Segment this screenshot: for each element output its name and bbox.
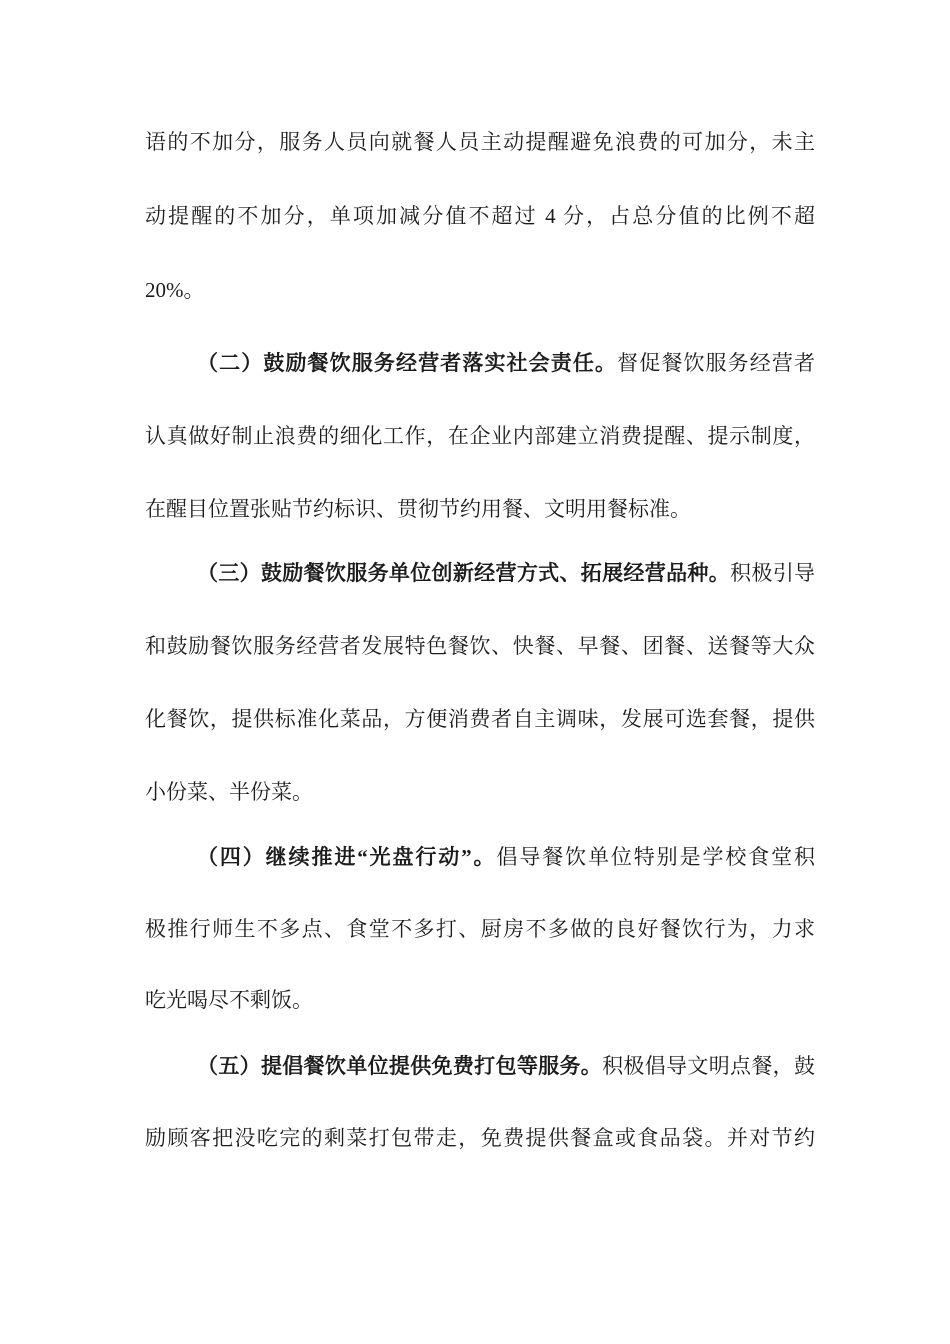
body-run: 20%。 [145, 278, 205, 302]
subheading-run: （三）鼓励餐饮服务单位创新经营方式、拓展经营品种。 [197, 561, 730, 585]
body-run: 和鼓励餐饮服务经营者发展特色餐饮、快餐、早餐、团餐、送餐等大众 [145, 634, 815, 658]
body-run: 积极倡导文明点餐，鼓 [602, 1054, 815, 1078]
text-line-11: （四）继续推进“光盘行动”。倡导餐饮单位特别是学校食堂积 [145, 840, 815, 874]
document-page: 语的不加分，服务人员向就餐人员主动提醒避免浪费的可加分，未主动提醒的不加分，单项… [0, 0, 950, 1344]
text-line-8: 和鼓励餐饮服务经营者发展特色餐饮、快餐、早餐、团餐、送餐等大众 [145, 629, 815, 663]
text-line-2: 动提醒的不加分，单项加减分值不超过 4 分，占总分值的比例不超 [145, 199, 815, 233]
text-line-4: （二）鼓励餐饮服务经营者落实社会责任。督促餐饮服务经营者 [145, 346, 815, 380]
body-run: 督促餐饮服务经营者 [617, 351, 815, 375]
text-line-10: 小份菜、半份菜。 [145, 775, 815, 809]
text-line-1: 语的不加分，服务人员向就餐人员主动提醒避免浪费的可加分，未主 [145, 125, 815, 159]
body-run: 动提醒的不加分，单项加减分值不超过 4 分，占总分值的比例不超 [145, 204, 815, 228]
subheading-run: （五）提倡餐饮单位提供免费打包等服务。 [197, 1054, 602, 1078]
text-line-15: 励顾客把没吃完的剩菜打包带走，免费提供餐盒或食品袋。并对节约 [145, 1121, 815, 1155]
text-line-5: 认真做好制止浪费的细化工作，在企业内部建立消费提醒、提示制度， [145, 419, 815, 453]
text-line-7: （三）鼓励餐饮服务单位创新经营方式、拓展经营品种。积极引导 [145, 556, 815, 590]
body-run: 吃光喝尽不剩饭。 [145, 988, 313, 1012]
body-run: 在醒目位置张贴节约标识、贯彻节约用餐、文明用餐标准。 [145, 497, 691, 521]
text-line-14: （五）提倡餐饮单位提供免费打包等服务。积极倡导文明点餐，鼓 [145, 1049, 815, 1083]
text-line-13: 吃光喝尽不剩饭。 [145, 983, 815, 1017]
body-run: 语的不加分，服务人员向就餐人员主动提醒避免浪费的可加分，未主 [145, 130, 815, 154]
body-run: 积极引导 [730, 561, 815, 585]
text-line-12: 极推行师生不多点、食堂不多打、厨房不多做的良好餐饮行为，力求 [145, 912, 815, 946]
body-run: 极推行师生不多点、食堂不多打、厨房不多做的良好餐饮行为，力求 [145, 917, 815, 941]
text-line-3: 20%。 [145, 273, 815, 307]
body-run: 小份菜、半份菜。 [145, 780, 313, 804]
text-line-9: 化餐饮，提供标准化菜品，方便消费者自主调味，发展可选套餐，提供 [145, 702, 815, 736]
body-run: 化餐饮，提供标准化菜品，方便消费者自主调味，发展可选套餐，提供 [145, 707, 815, 731]
body-run: 认真做好制止浪费的细化工作，在企业内部建立消费提醒、提示制度， [145, 424, 815, 448]
subheading-run: （二）鼓励餐饮服务经营者落实社会责任。 [197, 351, 617, 375]
text-line-6: 在醒目位置张贴节约标识、贯彻节约用餐、文明用餐标准。 [145, 492, 815, 526]
subheading-run: （四）继续推进“光盘行动”。 [197, 845, 496, 869]
body-run: 倡导餐饮单位特别是学校食堂积 [496, 845, 815, 869]
body-run: 励顾客把没吃完的剩菜打包带走，免费提供餐盒或食品袋。并对节约 [145, 1126, 815, 1150]
